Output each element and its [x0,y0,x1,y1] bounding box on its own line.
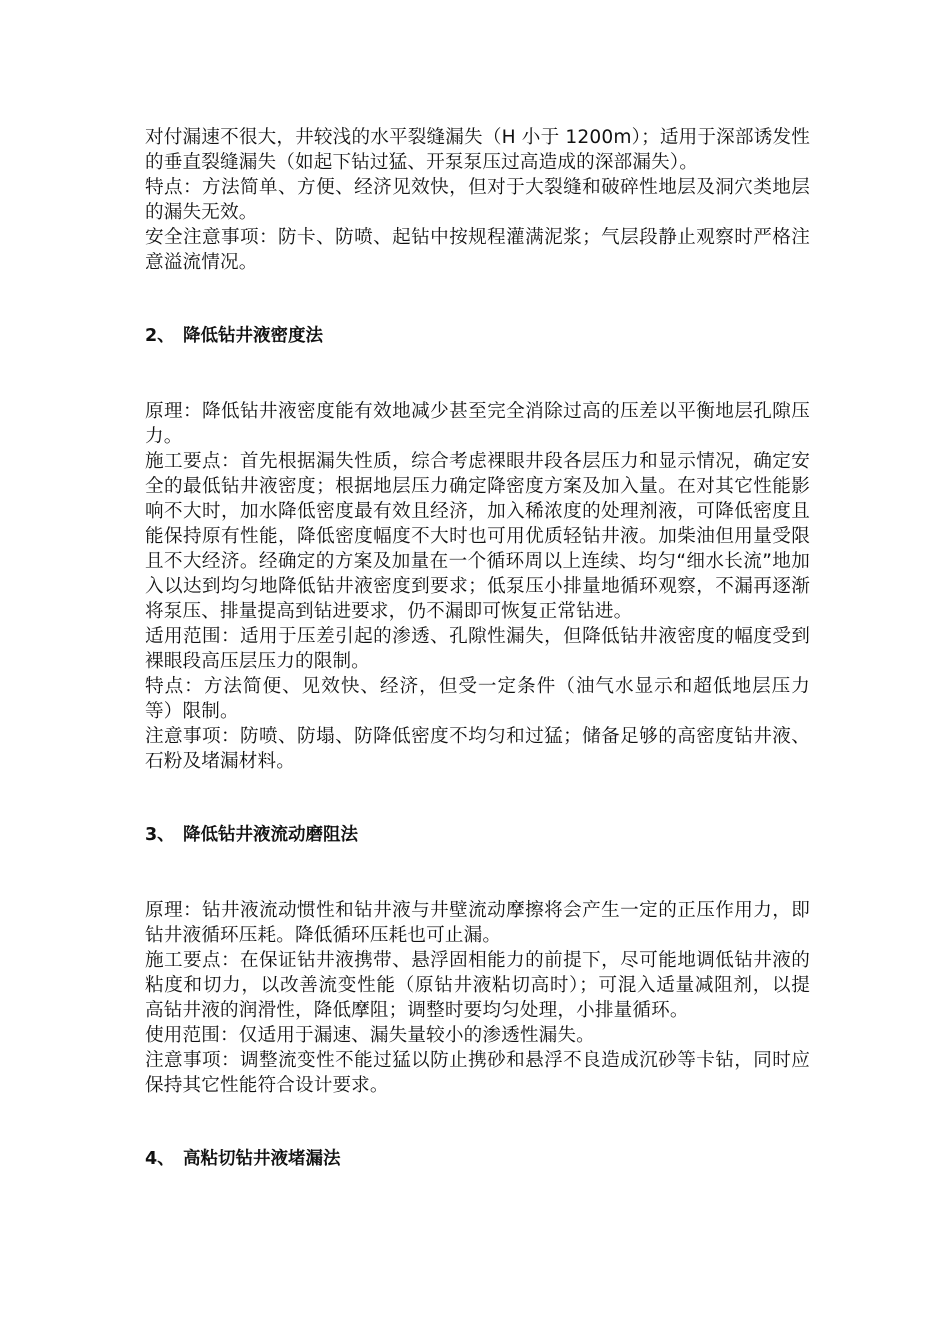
paragraph-features: 特点：方法简便、见效快、经济，但受一定条件（油气水显示和超低地层压力等）限制。 [145,674,810,724]
section-2-body: 原理：降低钻井液密度能有效地减少甚至完全消除过高的压差以平衡地层孔隙压力。 施工… [145,399,810,774]
paragraph-principle: 原理：钻井液流动惯性和钻井液与井壁流动摩擦将会产生一定的正压作用力，即钻井液循环… [145,898,810,948]
heading-title: 降低钻井液流动磨阻法 [183,825,358,845]
paragraph-construction-points: 施工要点：在保证钻井液携带、悬浮固相能力的前提下，尽可能地调低钻井液的粘度和切力… [145,948,810,1023]
paragraph-scope: 适用范围：适用于压差引起的渗透、孔隙性漏失，但降低钻井液密度的幅度受到裸眼段高压… [145,624,810,674]
paragraph-principle: 原理：降低钻井液密度能有效地减少甚至完全消除过高的压差以平衡地层孔隙压力。 [145,399,810,449]
document-page: 对付漏速不很大，井较浅的水平裂缝漏失（H 小于 1200m）；适用于深部诱发性的… [145,125,810,1172]
section-heading-2: 2、降低钻井液密度法 [145,324,810,349]
section-1-body: 对付漏速不很大，井较浅的水平裂缝漏失（H 小于 1200m）；适用于深部诱发性的… [145,125,810,275]
section-heading-4: 4、高粘切钻井液堵漏法 [145,1147,810,1172]
heading-title: 高粘切钻井液堵漏法 [183,1149,341,1169]
spacer [145,1098,810,1147]
paragraph-construction-points: 施工要点：首先根据漏失性质，综合考虑裸眼井段各层压力和显示情况，确定安全的最低钻… [145,449,810,624]
heading-number: 4、 [145,1147,183,1172]
paragraph-precautions: 注意事项：调整流变性不能过猛以防止携砂和悬浮不良造成沉砂等卡钻，同时应保持其它性… [145,1048,810,1098]
section-heading-3: 3、降低钻井液流动磨阻法 [145,823,810,848]
paragraph: 特点：方法简单、方便、经济见效快，但对于大裂缝和破碎性地层及洞穴类地层的漏失无效… [145,175,810,225]
spacer [145,275,810,324]
heading-title: 降低钻井液密度法 [183,326,323,346]
spacer [145,349,810,399]
paragraph: 安全注意事项：防卡、防喷、起钻中按规程灌满泥浆；气层段静止观察时严格注意溢流情况… [145,225,810,275]
heading-number: 2、 [145,324,183,349]
paragraph-scope: 使用范围：仅适用于漏速、漏失量较小的渗透性漏失。 [145,1023,810,1048]
spacer [145,848,810,898]
heading-number: 3、 [145,823,183,848]
section-3-body: 原理：钻井液流动惯性和钻井液与井壁流动摩擦将会产生一定的正压作用力，即钻井液循环… [145,898,810,1098]
paragraph-precautions: 注意事项：防喷、防塌、防降低密度不均匀和过猛；储备足够的高密度钻井液、石粉及堵漏… [145,724,810,774]
spacer [145,774,810,823]
paragraph: 对付漏速不很大，井较浅的水平裂缝漏失（H 小于 1200m）；适用于深部诱发性的… [145,125,810,175]
